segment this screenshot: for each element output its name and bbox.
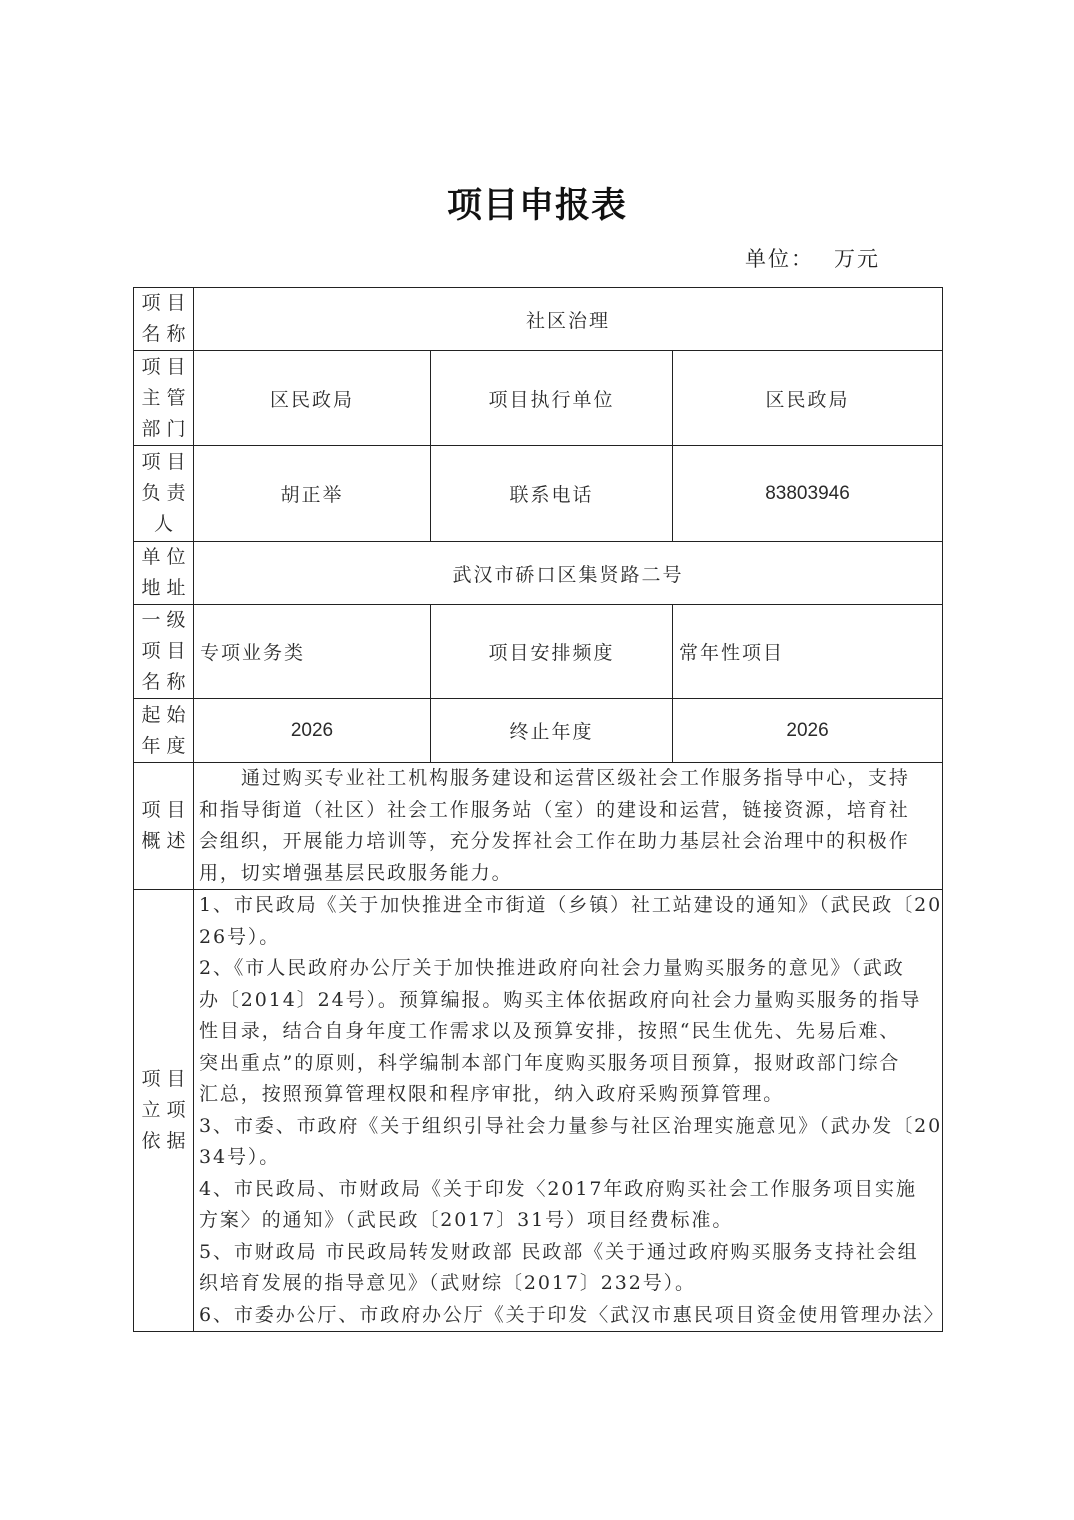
label-department: 项目 主管 部门 [134,351,194,446]
value-project-name: 社区治理 [194,288,943,351]
value-category: 专项业务类 [194,605,431,699]
label-phone: 联系电话 [431,446,673,542]
row-overview: 项目 概述 通过购买专业社工机构服务建设和运营区级社会工作服务指导中心，支持 和… [134,763,943,890]
unit-value: 万元 [834,247,880,271]
document-title: 项目申报表 [0,178,1074,228]
value-frequency: 常年性项目 [673,605,943,699]
label-start-year: 起始 年度 [134,699,194,763]
row-project-name: 项目 名称 社区治理 [134,288,943,351]
value-phone: 83803946 [673,446,943,542]
row-address: 单位 地址 武汉市硚口区集贤路二号 [134,542,943,605]
unit-line: 单位：万元 [745,243,880,273]
label-category: 一级 项目 名称 [134,605,194,699]
row-department: 项目 主管 部门 区民政局 项目执行单位 区民政局 [134,351,943,446]
row-category: 一级 项目 名称 专项业务类 项目安排频度 常年性项目 [134,605,943,699]
value-start-year: 2026 [194,699,431,763]
label-exec-unit: 项目执行单位 [431,351,673,446]
row-owner: 项目 负责 人 胡正举 联系电话 83803946 [134,446,943,542]
value-department: 区民政局 [194,351,431,446]
row-basis: 项目 立项 依据 1、市民政局《关于加快推进全市街道（乡镇）社工站建设的通知》（… [134,890,943,1332]
row-years: 起始 年度 2026 终止年度 2026 [134,699,943,763]
value-basis: 1、市民政局《关于加快推进全市街道（乡镇）社工站建设的通知》（武民政〔2021〕… [194,890,943,1332]
value-overview: 通过购买专业社工机构服务建设和运营区级社会工作服务指导中心，支持 和指导街道（社… [194,763,943,890]
value-exec-unit: 区民政局 [673,351,943,446]
label-basis: 项目 立项 依据 [134,890,194,1332]
value-end-year: 2026 [673,699,943,763]
label-frequency: 项目安排频度 [431,605,673,699]
label-address: 单位 地址 [134,542,194,605]
label-end-year: 终止年度 [431,699,673,763]
label-overview: 项目 概述 [134,763,194,890]
project-application-table: 项目 名称 社区治理 项目 主管 部门 区民政局 项目执行单位 区民政局 项目 … [133,287,943,1332]
value-address: 武汉市硚口区集贤路二号 [194,542,943,605]
unit-label: 单位： [745,247,814,271]
label-project-name: 项目 名称 [134,288,194,351]
label-owner: 项目 负责 人 [134,446,194,542]
value-owner: 胡正举 [194,446,431,542]
